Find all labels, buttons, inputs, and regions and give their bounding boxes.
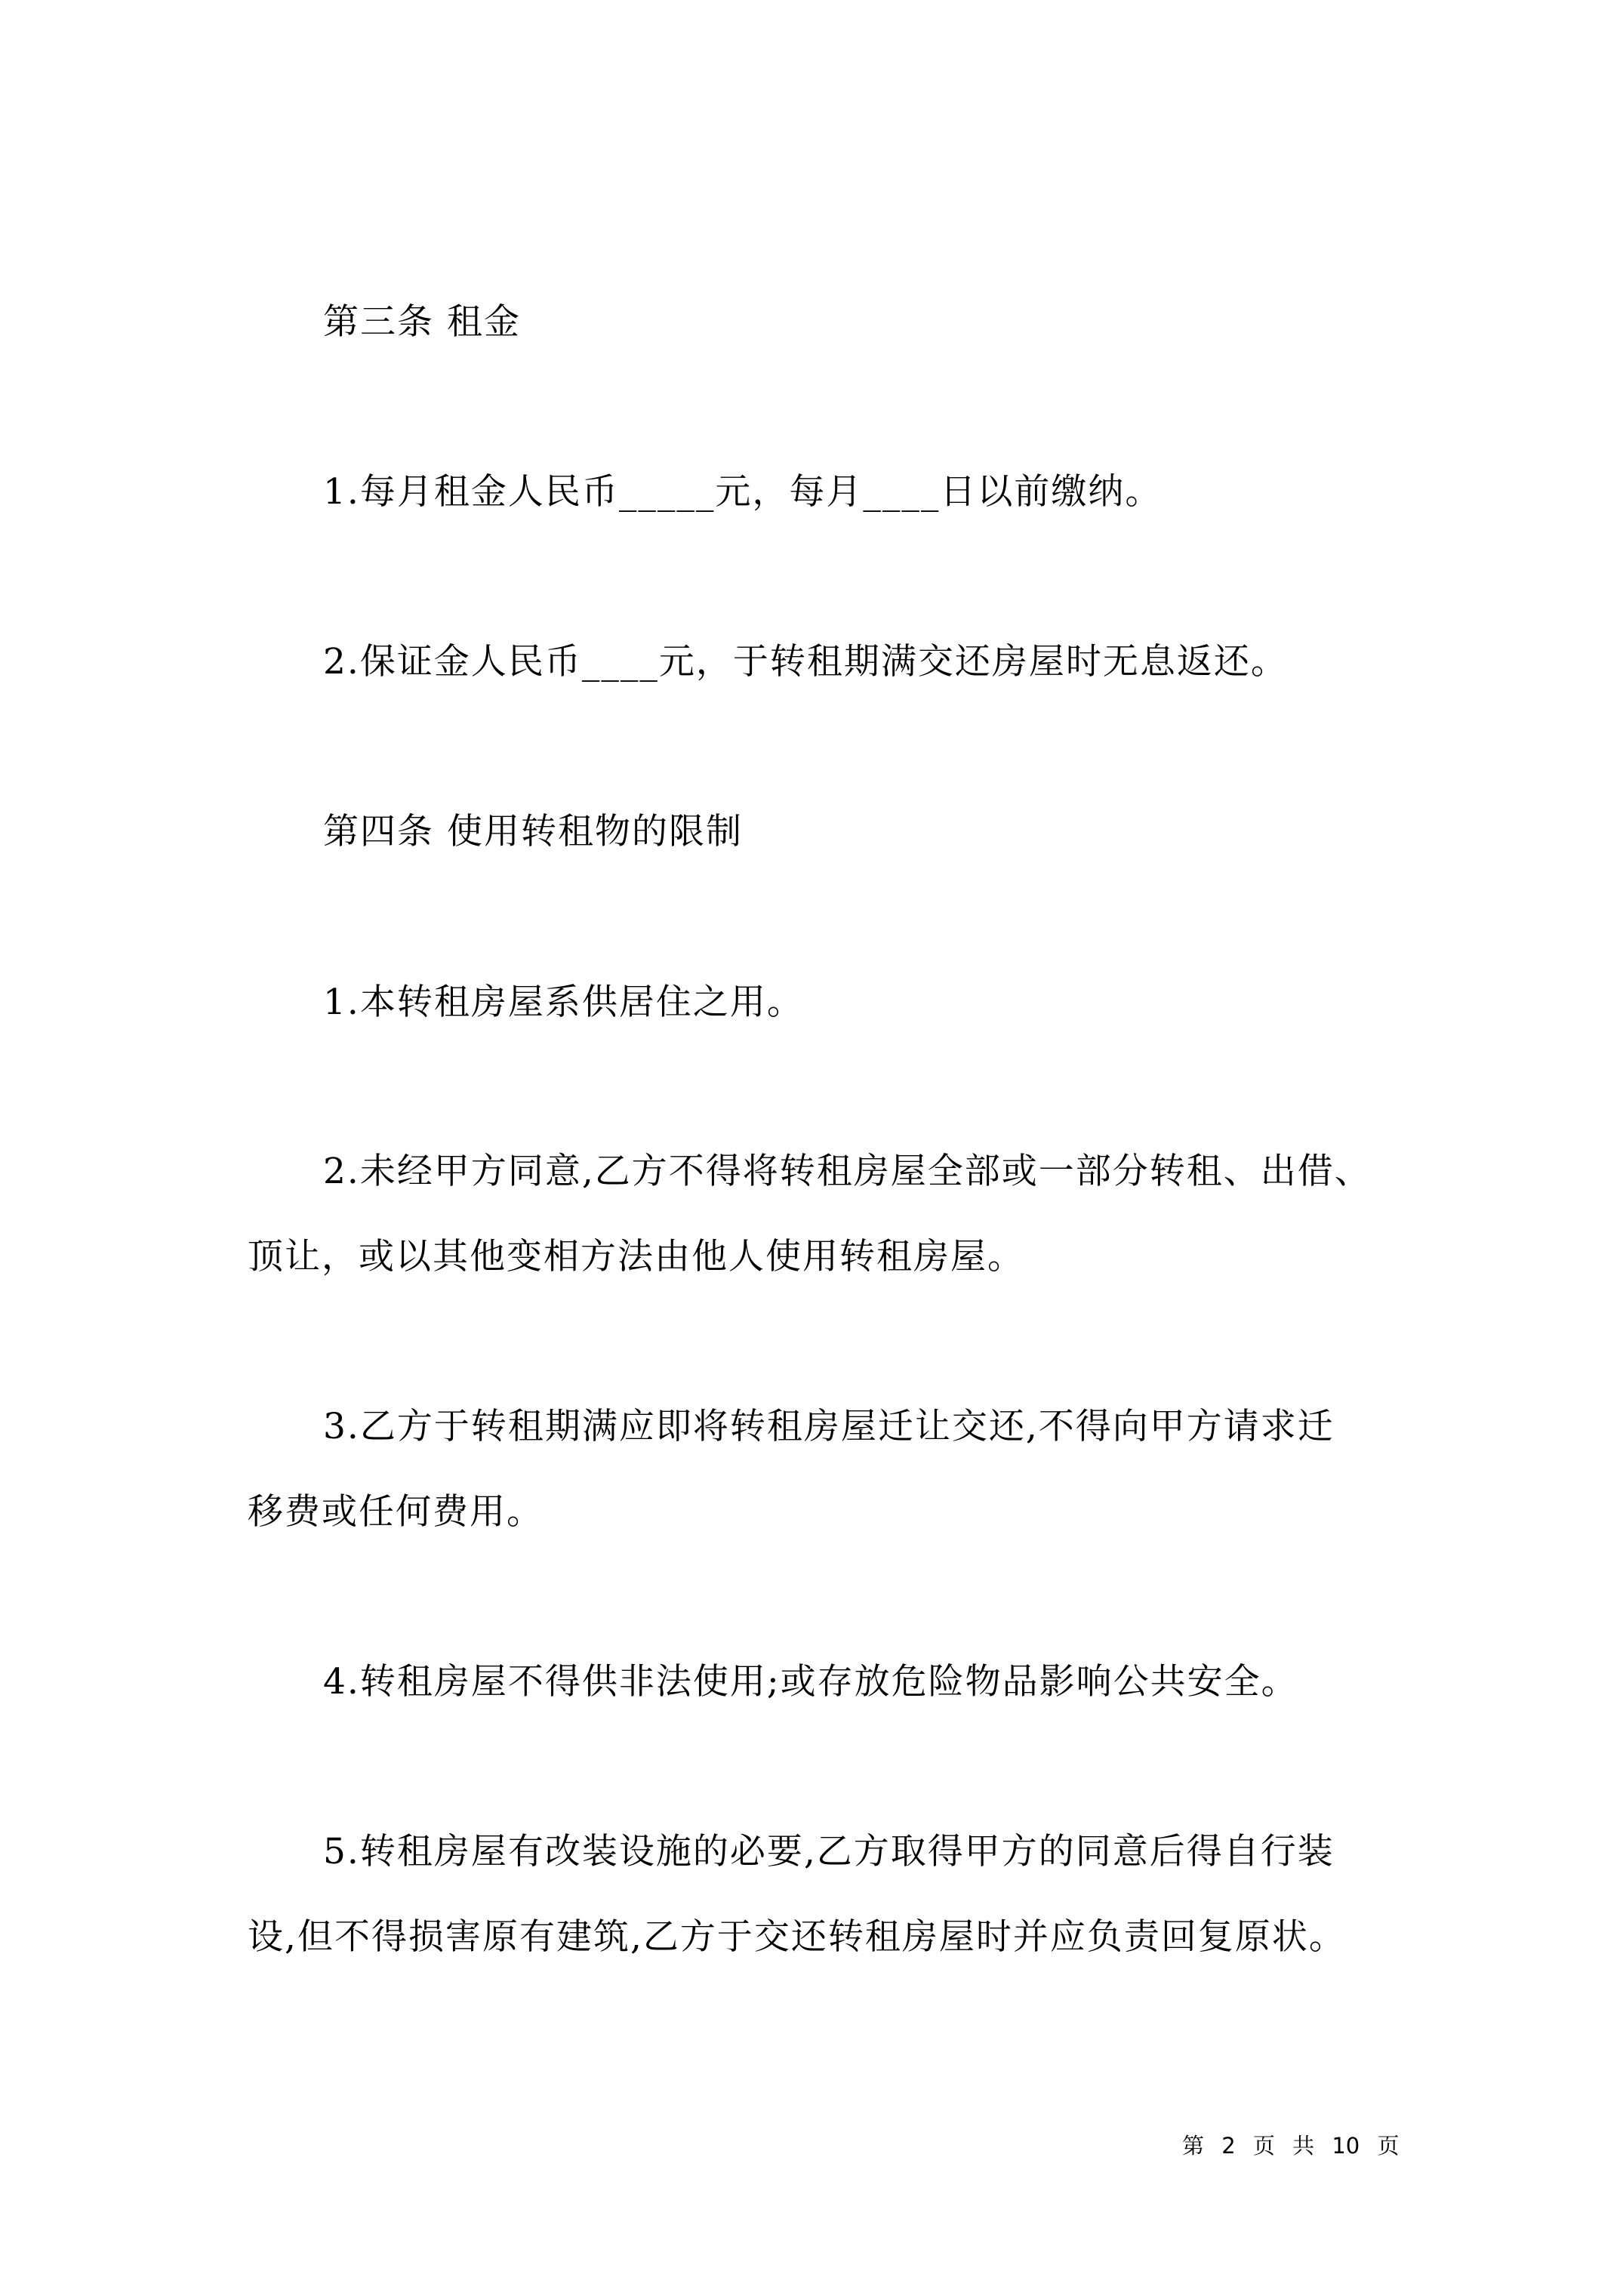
clause-4-4: 4.转租房屋不得供非法使用;或存放危险物品影响公共安全。 xyxy=(323,1660,1298,1705)
clause-3-2: 2.保证金人民币____元，于转租期满交还房屋时无息返还。 xyxy=(323,639,1288,685)
clause-3-1: 1.每月租金人民币_____元，每月____日以前缴纳。 xyxy=(323,470,1162,515)
clause-4-3-line-1: 3.乙方于转租期满应即将转租房屋迁让交还,不得向甲方请求迁 xyxy=(323,1404,1335,1450)
document-page: 第三条 租金 1.每月租金人民币_____元，每月____日以前缴纳。 2.保证… xyxy=(0,0,1623,2296)
clause-4-1: 1.本转租房屋系供居住之用。 xyxy=(323,980,804,1025)
clause-4-5-line-2: 设,但不得损害原有建筑,乙方于交还转租房屋时并应负责回复原状。 xyxy=(248,1915,1346,1960)
page-number-footer: 第 2 页 共 10 页 xyxy=(1182,2129,1399,2162)
section-heading-article-4: 第四条 使用转租物的限制 xyxy=(323,809,743,855)
section-heading-article-3: 第三条 租金 xyxy=(323,300,521,345)
clause-4-3-line-2: 移费或任何费用。 xyxy=(248,1490,544,1535)
clause-4-2-line-2: 顶让，或以其他变相方法由他人使用转租房屋。 xyxy=(248,1234,1024,1280)
clause-4-2-line-1: 2.未经甲方同意,乙方不得将转租房屋全部或一部分转租、出借、 xyxy=(323,1149,1372,1194)
clause-4-5-line-1: 5.转租房屋有改装设施的必要,乙方取得甲方的同意后得自行装 xyxy=(323,1829,1335,1875)
